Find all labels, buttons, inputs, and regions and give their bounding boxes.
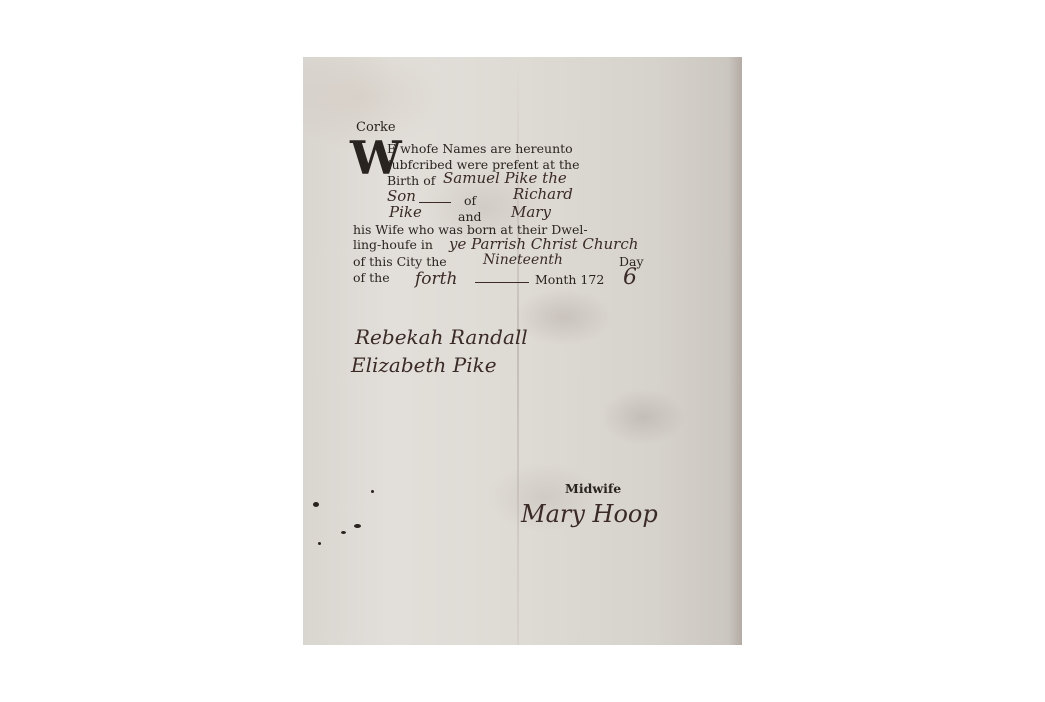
printed-line-3: Birth of: [387, 173, 435, 188]
printed-line-of: of: [464, 193, 476, 208]
printed-month-label: Month 172: [535, 272, 604, 287]
relation-underline: [419, 202, 451, 203]
witness-signature-1: Rebekah Randall: [355, 325, 528, 349]
witness-signature-2: Elizabeth Pike: [351, 353, 497, 377]
handwritten-place: ye Parrish Christ Church: [449, 235, 638, 253]
midwife-label: Midwife: [565, 481, 621, 496]
handwritten-month: forth: [415, 269, 457, 289]
handwritten-day: Nineteenth: [483, 252, 563, 268]
month-dash: [475, 282, 529, 283]
printed-line-8: of this City the: [353, 254, 447, 269]
ink-spot: [354, 524, 361, 528]
ink-spot: [313, 502, 319, 507]
printed-line-7: ling-houfe in: [353, 237, 433, 252]
printed-line-1: E whofe Names are hereunto: [387, 141, 573, 156]
ink-spot: [341, 531, 346, 534]
handwritten-year-digit: 6: [623, 265, 637, 290]
handwritten-father: Richard: [513, 185, 573, 203]
printed-line-9: of the: [353, 270, 390, 285]
ink-spot: [318, 542, 321, 545]
paper-edge-shadow: [728, 57, 742, 645]
ink-spot: [371, 490, 374, 493]
handwritten-mother: Mary: [511, 203, 551, 221]
handwritten-surname: Pike: [389, 203, 422, 221]
birth-certificate-document: Corke W E whofe Names are hereunto fubfc…: [303, 57, 742, 645]
midwife-signature: Mary Hoop: [521, 500, 658, 528]
